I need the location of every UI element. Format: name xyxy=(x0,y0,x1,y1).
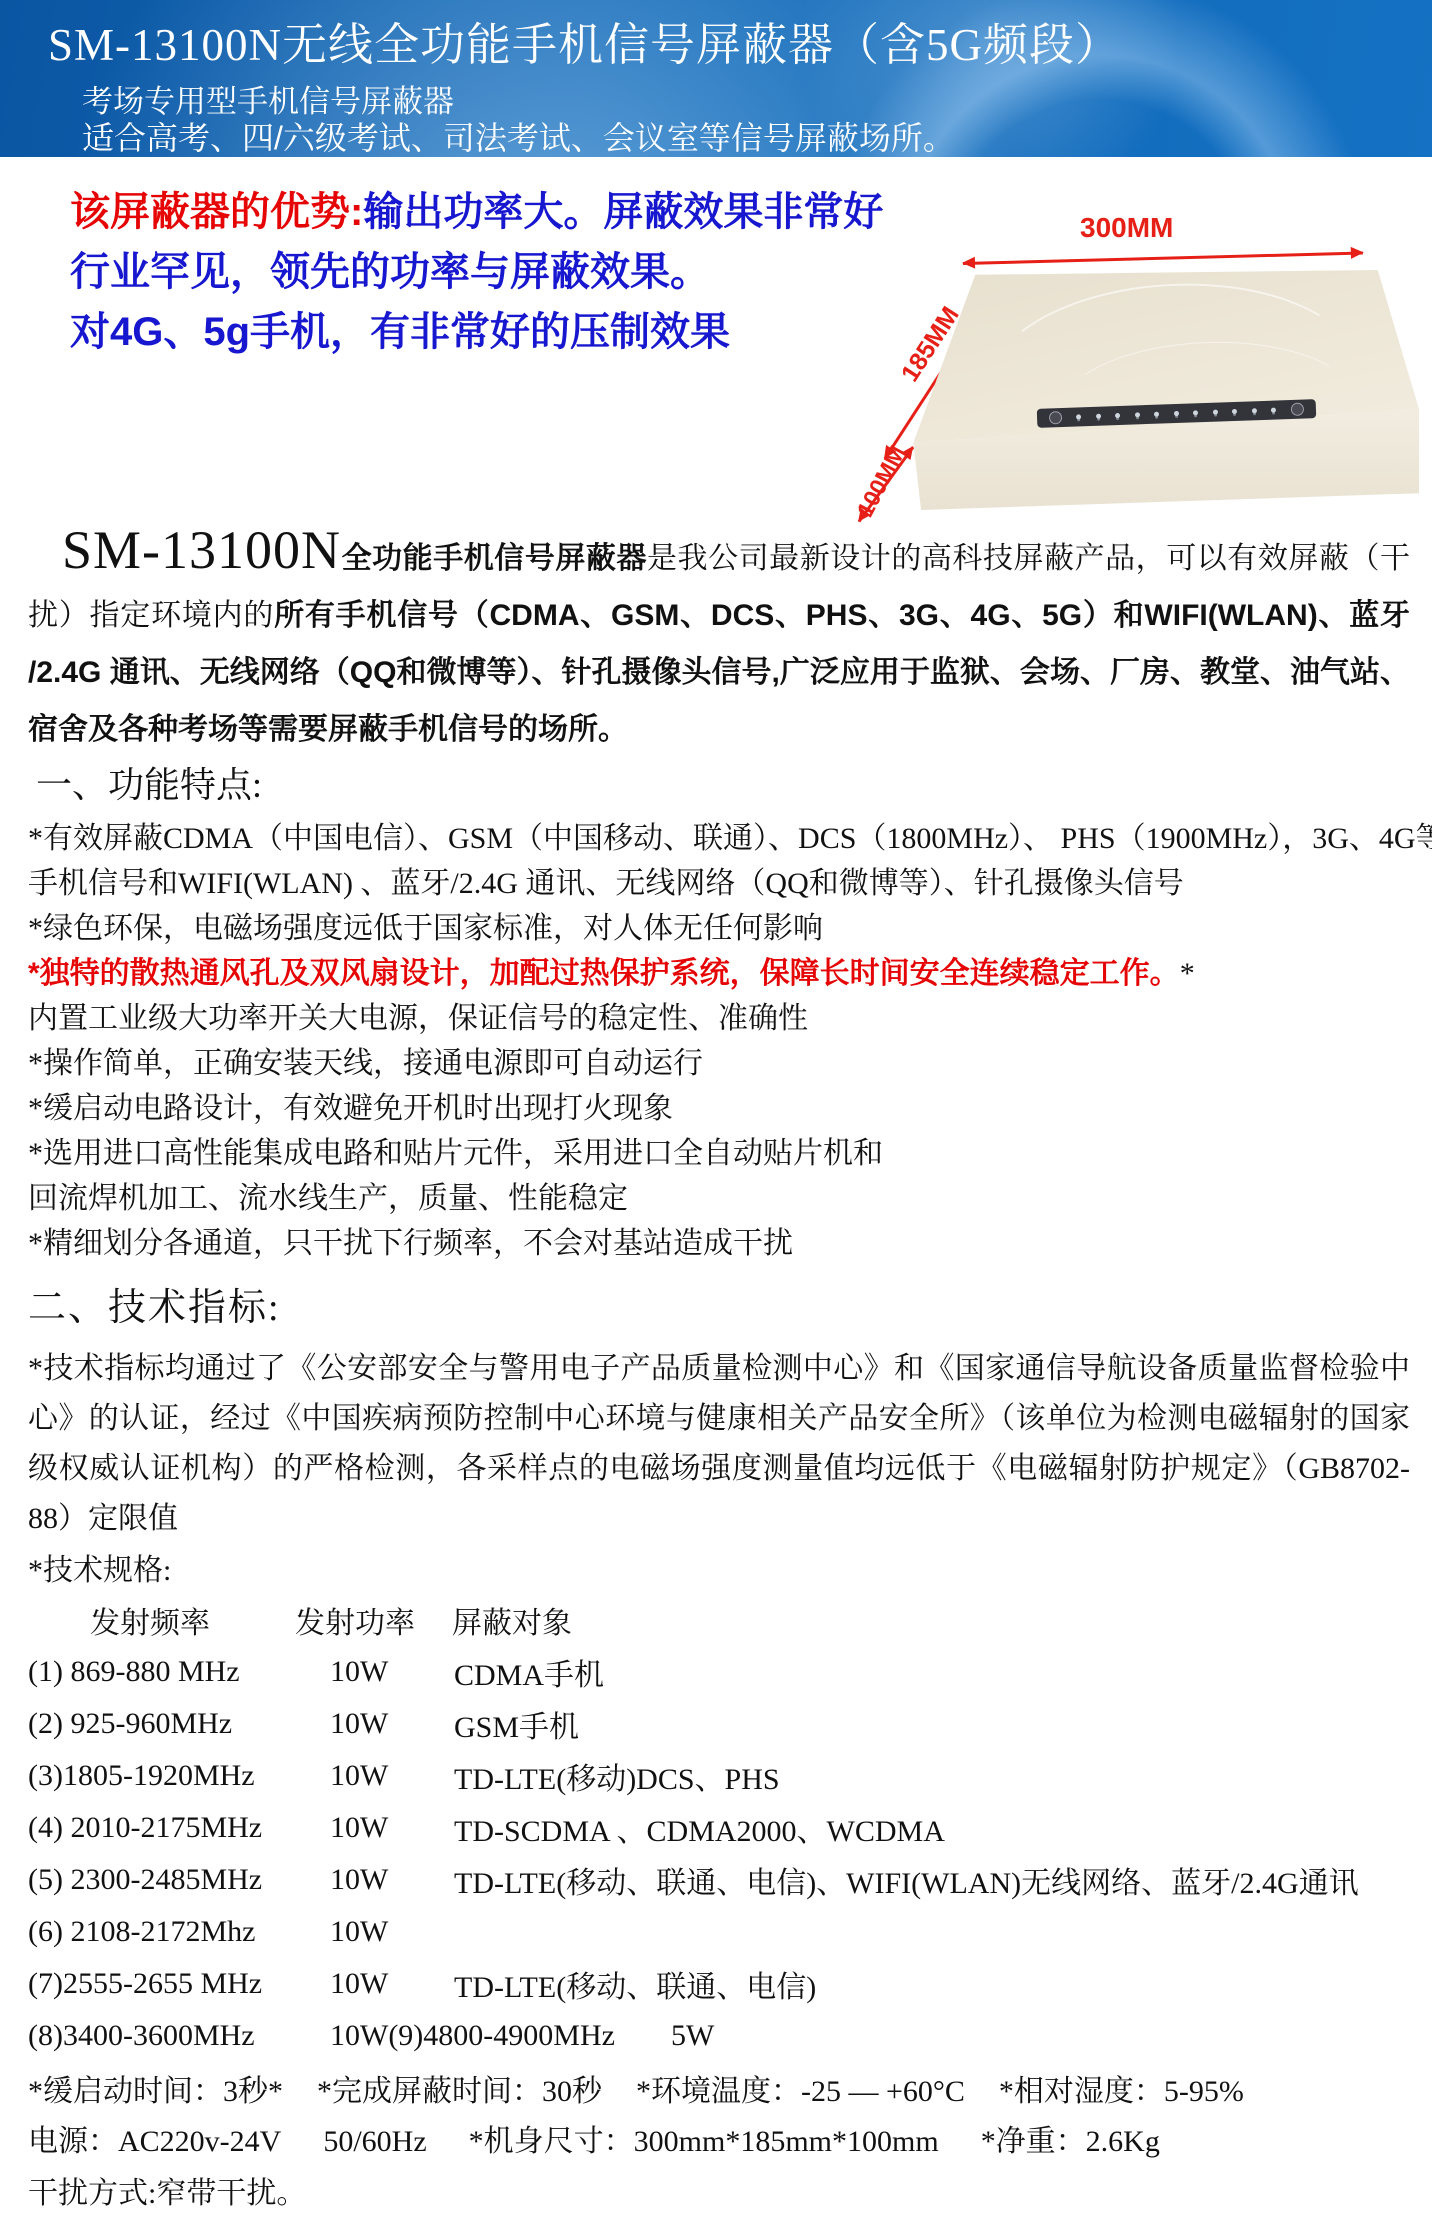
spec-table-row: (4) 2010-2175MHz 10W TD-SCDMA 、CDMA2000、… xyxy=(28,1802,1410,1854)
spec-power-supply: 电源：AC220v-24V xyxy=(28,2116,281,2168)
row-frequency: (4) 2010-2175MHz xyxy=(28,1811,330,1845)
row-frequency: (7)2555-2655 MHz xyxy=(28,1967,330,2001)
row-frequency: (3)1805-1920MHz xyxy=(28,1759,330,1793)
led-indicator xyxy=(1232,409,1237,414)
advantage-label: 该屏蔽器的优势: xyxy=(70,190,363,234)
spec-table-row: (7)2555-2655 MHz 10W TD-LTE(移动、联通、电信) xyxy=(28,1958,1410,2010)
features-heading: 一、功能特点: xyxy=(36,762,1410,808)
spec-table-row: (1) 869-880 MHz 10W CDMA手机 xyxy=(28,1646,1410,1698)
row-frequency: (5) 2300-2485MHz xyxy=(28,1863,330,1897)
intro-paragraph: SM-13100N全功能手机信号屏蔽器是我公司最新设计的高科技屏蔽产品，可以有效… xyxy=(28,522,1410,758)
row-power: 10W xyxy=(330,1655,454,1689)
led-indicator xyxy=(1096,414,1101,419)
row-target: GSM手机 xyxy=(454,1702,1410,1746)
row-frequency: (2) 925-960MHz xyxy=(28,1707,330,1741)
feature-item: *有效屏蔽CDMA（中国电信）、GSM（中国移动、联通）、DCS（1800MHz… xyxy=(28,816,1410,861)
row-frequency: (8)3400-3600MHz xyxy=(28,2019,330,2053)
spec-table-header: 发射频率 发射功率 屏蔽对象 xyxy=(28,1602,1410,1646)
spec-shield-time: *完成屏蔽时间：30秒 xyxy=(317,2068,602,2116)
led-indicator xyxy=(1213,410,1218,415)
feature-item: *选用进口高性能集成电路和贴片元件，采用进口全自动贴片机和 xyxy=(28,1131,1410,1176)
led-indicator xyxy=(1193,411,1198,416)
row-power: 10W xyxy=(330,1863,454,1897)
feature-item: *精细划分各通道，只干扰下行频率，不会对基站造成干扰 xyxy=(28,1221,1410,1266)
dimension-width-label: 300MM xyxy=(1080,212,1173,244)
spec-soft-start: *缓启动时间：3秒* xyxy=(28,2068,283,2116)
spec-net-weight: *净重：2.6Kg xyxy=(981,2116,1160,2168)
row-power: 10W xyxy=(330,1707,454,1741)
strip-logo-right xyxy=(1290,403,1303,416)
spec-table-row: (3)1805-1920MHz 10W TD-LTE(移动)DCS、PHS xyxy=(28,1750,1410,1802)
col-header-frequency: 发射频率 xyxy=(90,1602,210,1646)
spec-humidity: *相对湿度：5-95% xyxy=(999,2068,1244,2116)
spec-table-row: (8)3400-3600MHz 10W(9)4800-4900MHz 5W xyxy=(28,2010,1410,2062)
advantage-line-1-text: 输出功率大。屏蔽效果非常好 xyxy=(363,190,883,234)
intro-bold-1: 全功能手机信号屏蔽器 xyxy=(341,542,647,575)
spec-frequency-hz: 50/60Hz xyxy=(323,2116,426,2168)
spec-body-size: *机身尺寸：300mm*185mm*100mm xyxy=(469,2116,939,2168)
header-banner: SM-13100N无线全功能手机信号屏蔽器（含5G频段） 考场专用型手机信号屏蔽… xyxy=(0,0,1432,157)
row-power: 10W xyxy=(330,1811,454,1845)
advantage-block: 该屏蔽器的优势:输出功率大。屏蔽效果非常好 行业罕见，领先的功率与屏蔽效果。 对… xyxy=(70,188,970,368)
led-indicator xyxy=(1077,415,1082,420)
led-indicator xyxy=(1271,408,1276,413)
row-power: 10W xyxy=(330,1967,454,2001)
footer-specs-line-2: 电源：AC220v-24V 50/60Hz *机身尺寸：300mm*185mm*… xyxy=(28,2116,1410,2168)
feature-item: *绿色环保，电磁场强度远低于国家标准，对人体无任何影响 xyxy=(28,906,1410,951)
led-indicator xyxy=(1174,411,1179,416)
row-target: TD-LTE(移动、联通、电信)、WIFI(WLAN)无线网络、蓝牙/2.4G通… xyxy=(454,1858,1410,1902)
model-number: SM-13100N xyxy=(28,520,341,580)
spec-table-row: (5) 2300-2485MHz 10W TD-LTE(移动、联通、电信)、WI… xyxy=(28,1854,1410,1906)
product-photo: 300MM 185MM 100MM xyxy=(845,212,1427,524)
footer-specs-line-1: *缓启动时间：3秒* *完成屏蔽时间：30秒 *环境温度：-25 — +60°C… xyxy=(28,2068,1410,2116)
advantage-line-2: 行业罕见，领先的功率与屏蔽效果。 xyxy=(70,248,970,296)
feature-item: 内置工业级大功率开关大电源，保证信号的稳定性、准确性 xyxy=(28,996,1410,1041)
product-page: SM-13100N无线全功能手机信号屏蔽器（含5G频段） 考场专用型手机信号屏蔽… xyxy=(0,0,1432,2222)
certification-paragraph: *技术指标均通过了《公安部安全与警用电子产品质量检测中心》和《国家通信导航设备质… xyxy=(28,1344,1410,1544)
col-header-power: 发射功率 xyxy=(295,1602,415,1646)
spec-interference-mode: 干扰方式:窄带干扰。 xyxy=(28,2168,306,2220)
led-indicator xyxy=(1116,413,1121,418)
row-power: 10W(9)4800-4900MHz xyxy=(330,2019,671,2053)
col-header-target: 屏蔽对象 xyxy=(452,1602,572,1646)
header-subtitle-2: 适合高考、四/六级考试、司法考试、会议室等信号屏蔽场所。 xyxy=(82,113,955,159)
tech-heading: 二、技术指标: xyxy=(28,1282,1410,1334)
jammer-device-image xyxy=(903,270,1419,510)
advantage-line-3: 对4G、5g手机，有非常好的压制效果 xyxy=(70,308,970,356)
feature-item-red-tail: * xyxy=(1180,957,1195,990)
led-indicator xyxy=(1135,413,1140,418)
row-power: 10W xyxy=(330,1759,454,1793)
row-power: 10W xyxy=(330,1915,454,1949)
led-indicator xyxy=(1154,412,1159,417)
spec-table-row: (2) 925-960MHz 10W GSM手机 xyxy=(28,1698,1410,1750)
row-target: TD-LTE(移动)DCS、PHS xyxy=(454,1754,1410,1798)
row-target: CDMA手机 xyxy=(454,1650,1410,1694)
row-frequency: (6) 2108-2172Mhz xyxy=(28,1915,330,1949)
spec-temperature: *环境温度：-25 — +60°C xyxy=(636,2068,965,2116)
feature-item: 手机信号和WIFI(WLAN) 、蓝牙/2.4G 通讯、无线网络（QQ和微博等）… xyxy=(28,861,1410,906)
feature-item-highlight: *独特的散热通风孔及双风扇设计，加配过热保护系统，保障长时间安全连续稳定工作。* xyxy=(28,951,1410,996)
row-target: TD-SCDMA 、CDMA2000、WCDMA xyxy=(454,1806,1410,1850)
feature-item: 回流焊机加工、流水线生产，质量、性能稳定 xyxy=(28,1176,1410,1221)
feature-item: *缓启动电路设计，有效避免开机时出现打火现象 xyxy=(28,1086,1410,1131)
feature-item: *操作简单，正确安装天线，接通电源即可自动运行 xyxy=(28,1041,1410,1086)
row-target: 5W xyxy=(671,2019,1410,2053)
document-body: SM-13100N全功能手机信号屏蔽器是我公司最新设计的高科技屏蔽产品，可以有效… xyxy=(28,500,1410,2220)
spec-table-row: (6) 2108-2172Mhz 10W xyxy=(28,1906,1410,1958)
advantage-line-1: 该屏蔽器的优势:输出功率大。屏蔽效果非常好 xyxy=(70,188,970,236)
dimension-width-arrow xyxy=(963,252,1363,265)
footer-specs-line-3: 干扰方式:窄带干扰。 xyxy=(28,2168,1410,2220)
specs-label: *技术规格: xyxy=(28,1550,1410,1592)
row-frequency: (1) 869-880 MHz xyxy=(28,1655,330,1689)
row-target: TD-LTE(移动、联通、电信) xyxy=(454,1962,1410,2006)
strip-logo-left xyxy=(1049,411,1062,424)
led-indicator xyxy=(1252,409,1257,414)
feature-item-red-text: *独特的散热通风孔及双风扇设计，加配过热保护系统，保障长时间安全连续稳定工作。 xyxy=(28,957,1180,990)
page-title: SM-13100N无线全功能手机信号屏蔽器（含5G频段） xyxy=(48,8,1121,73)
